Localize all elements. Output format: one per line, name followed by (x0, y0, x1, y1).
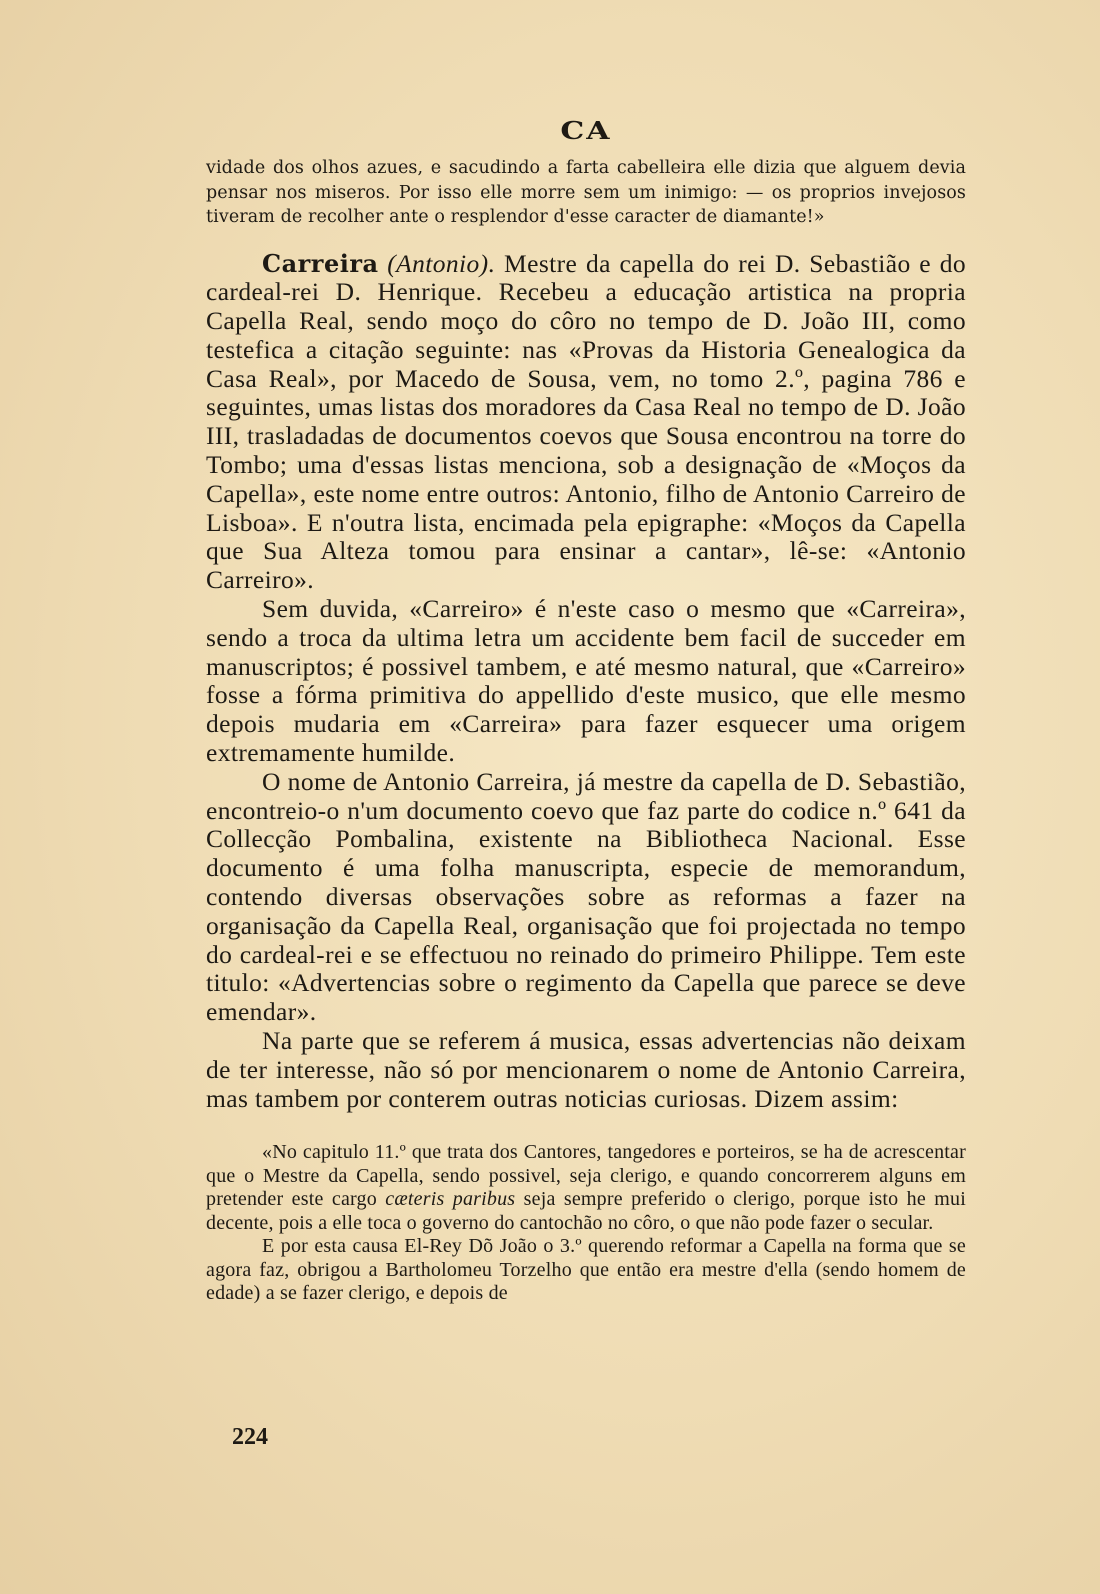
entry-paragraph: Carreira (Antonio). Mestre da capella do… (206, 250, 966, 596)
entry-headword: Carreira (262, 249, 379, 278)
latin-phrase: cæteris paribus (385, 1188, 515, 1210)
entry-given-name: (Antonio). (387, 249, 495, 278)
entry-body: Carreira (Antonio). Mestre da capella do… (206, 250, 966, 1114)
book-page: CA vidade dos olhos azues, e sacudindo a… (206, 108, 966, 1306)
entry-paragraph: Na parte que se referem á musica, essas … (206, 1027, 966, 1113)
entry-paragraph: O nome de Antonio Carreira, já mestre da… (206, 768, 966, 1027)
entry-text: Mestre da capella do rei D. Sebastião e … (206, 249, 966, 595)
quoted-document: «No capitulo 11.º que trata dos Cantores… (206, 1141, 966, 1306)
intro-paragraph: vidade dos olhos azues, e sacudindo a fa… (206, 156, 966, 230)
intro-block: vidade dos olhos azues, e sacudindo a fa… (206, 156, 966, 230)
page-number: 224 (232, 1424, 268, 1451)
quote-paragraph: E por esta causa El-Rey Dõ João o 3.º qu… (206, 1235, 966, 1306)
entry-paragraph: Sem duvida, «Carreiro» é n'este caso o m… (206, 595, 966, 768)
running-head: CA (206, 113, 966, 151)
quote-paragraph: «No capitulo 11.º que trata dos Cantores… (206, 1141, 966, 1235)
